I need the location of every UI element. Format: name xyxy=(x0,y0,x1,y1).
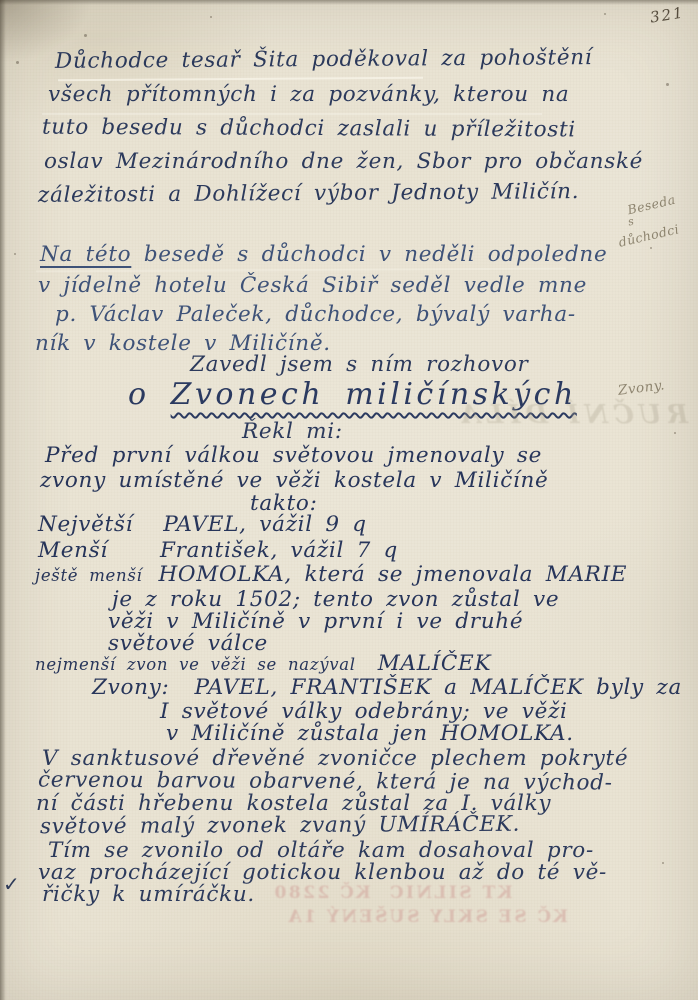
margin-note-s: s xyxy=(627,214,636,228)
bell-name: MALÍČEK xyxy=(378,651,491,676)
paper-speck xyxy=(16,61,19,64)
manuscript-line-p1-5: záležitosti a Dohlížecí výbor Jednoty Mi… xyxy=(38,180,579,207)
bell-size-label: Největší xyxy=(38,512,133,537)
manuscript-line-bells-2: zvony umístěné ve věži kostela v Miličín… xyxy=(40,469,548,493)
margin-checkmark: ✓ xyxy=(3,872,20,896)
manuscript-line-p2-2: v jídelně hotelu Česká Sibiř seděl vedle… xyxy=(38,274,587,298)
bells-taken-1: Zvony: PAVEL, FRANTIŠEK a MALÍČEK byly z… xyxy=(92,676,682,700)
bell-size-label: ještě menší xyxy=(35,566,142,585)
heading-prefix: o xyxy=(128,377,171,412)
paper-speck xyxy=(210,16,212,18)
manuscript-line-p1-3: tuto besedu s důchodci zaslali u příleži… xyxy=(42,116,576,142)
bell-row-smaller: MenšíFrantišek, vážil 7 q xyxy=(38,539,398,563)
bell-row-smallest: nejmenší zvon ve věži se nazývalMALÍČEK xyxy=(35,652,491,676)
page-number: 321 xyxy=(649,3,686,26)
manuscript-line-p2-1: Na této besedě s důchodci v neděli odpol… xyxy=(40,243,607,267)
paper-speck xyxy=(674,432,676,434)
scan-edge-left xyxy=(0,0,6,1000)
bell-name: František, vážil 7 q xyxy=(160,538,398,563)
margin-note-zvony: Zvony. xyxy=(617,377,666,399)
said-line: Řekl mi: xyxy=(242,420,343,444)
manuscript-line-p1-4: oslav Mezinárodního dne žen, Sbor pro ob… xyxy=(44,150,643,174)
paper-speck xyxy=(650,247,652,249)
interview-intro-line: Zavedl jsem s ním rozhovor xyxy=(190,353,528,377)
bell-row-even-smaller: ještě menšíHOMOLKA, která se jmenovala M… xyxy=(35,563,627,587)
paper-scratch xyxy=(36,268,566,273)
bells-taken-3: v Miličíně zůstala jen HOMOLKA. xyxy=(166,722,574,746)
manuscript-line-p2-3: p. Václav Paleček, důchodce, bývalý varh… xyxy=(55,303,576,327)
manuscript-line-p5-3: řičky k umíráčku. xyxy=(42,883,255,907)
bell-name: HOMOLKA, která se jmenovala MARIE xyxy=(158,562,627,587)
manuscript-line-p1-2: všech přítomných i za pozvánky, kterou n… xyxy=(48,83,569,107)
line-rest: besedě s důchodci v neděli odpoledne xyxy=(131,242,607,267)
manuscript-line-p4-4: světové malý zvonek zvaný UMÍRÁČEK. xyxy=(40,813,520,839)
paper-speck xyxy=(662,862,664,864)
paper-speck xyxy=(604,13,606,15)
bell-size-label: Menší xyxy=(38,538,108,563)
bell-name: PAVEL, vážil 9 q xyxy=(163,512,366,537)
manuscript-line-p1-1: Důchodce tesař Šita poděkoval za pohoště… xyxy=(55,46,592,73)
bleed-through-watermark: RUČNÍ DÍLA xyxy=(455,400,688,430)
bleed-through-stamp-line2: KČ SE SKLY SUŠENÝ 1A xyxy=(286,907,568,927)
manuscript-line-bells-1: Před první válkou světovou jmenovaly se xyxy=(45,444,542,468)
bleed-through-stamp-line1: KT SILNIC KČ 2280 xyxy=(272,883,512,903)
paper-scratch xyxy=(58,77,423,82)
paper-speck xyxy=(14,253,16,255)
bell-row-largest: NejvětšíPAVEL, vážil 9 q xyxy=(38,513,367,537)
paper-speck xyxy=(84,34,87,37)
margin-note-beseda: Beseda xyxy=(626,192,677,218)
margin-note-duchodci: důchodci xyxy=(617,221,680,249)
paper-speck xyxy=(666,83,669,86)
underlined-phrase: Na této xyxy=(40,242,131,267)
scan-edge-top xyxy=(0,0,698,5)
manuscript-page: 321 Důchodce tesař Šita poděkoval za poh… xyxy=(0,0,698,1000)
bell-size-label: nejmenší zvon ve věži se nazýval xyxy=(35,655,356,674)
